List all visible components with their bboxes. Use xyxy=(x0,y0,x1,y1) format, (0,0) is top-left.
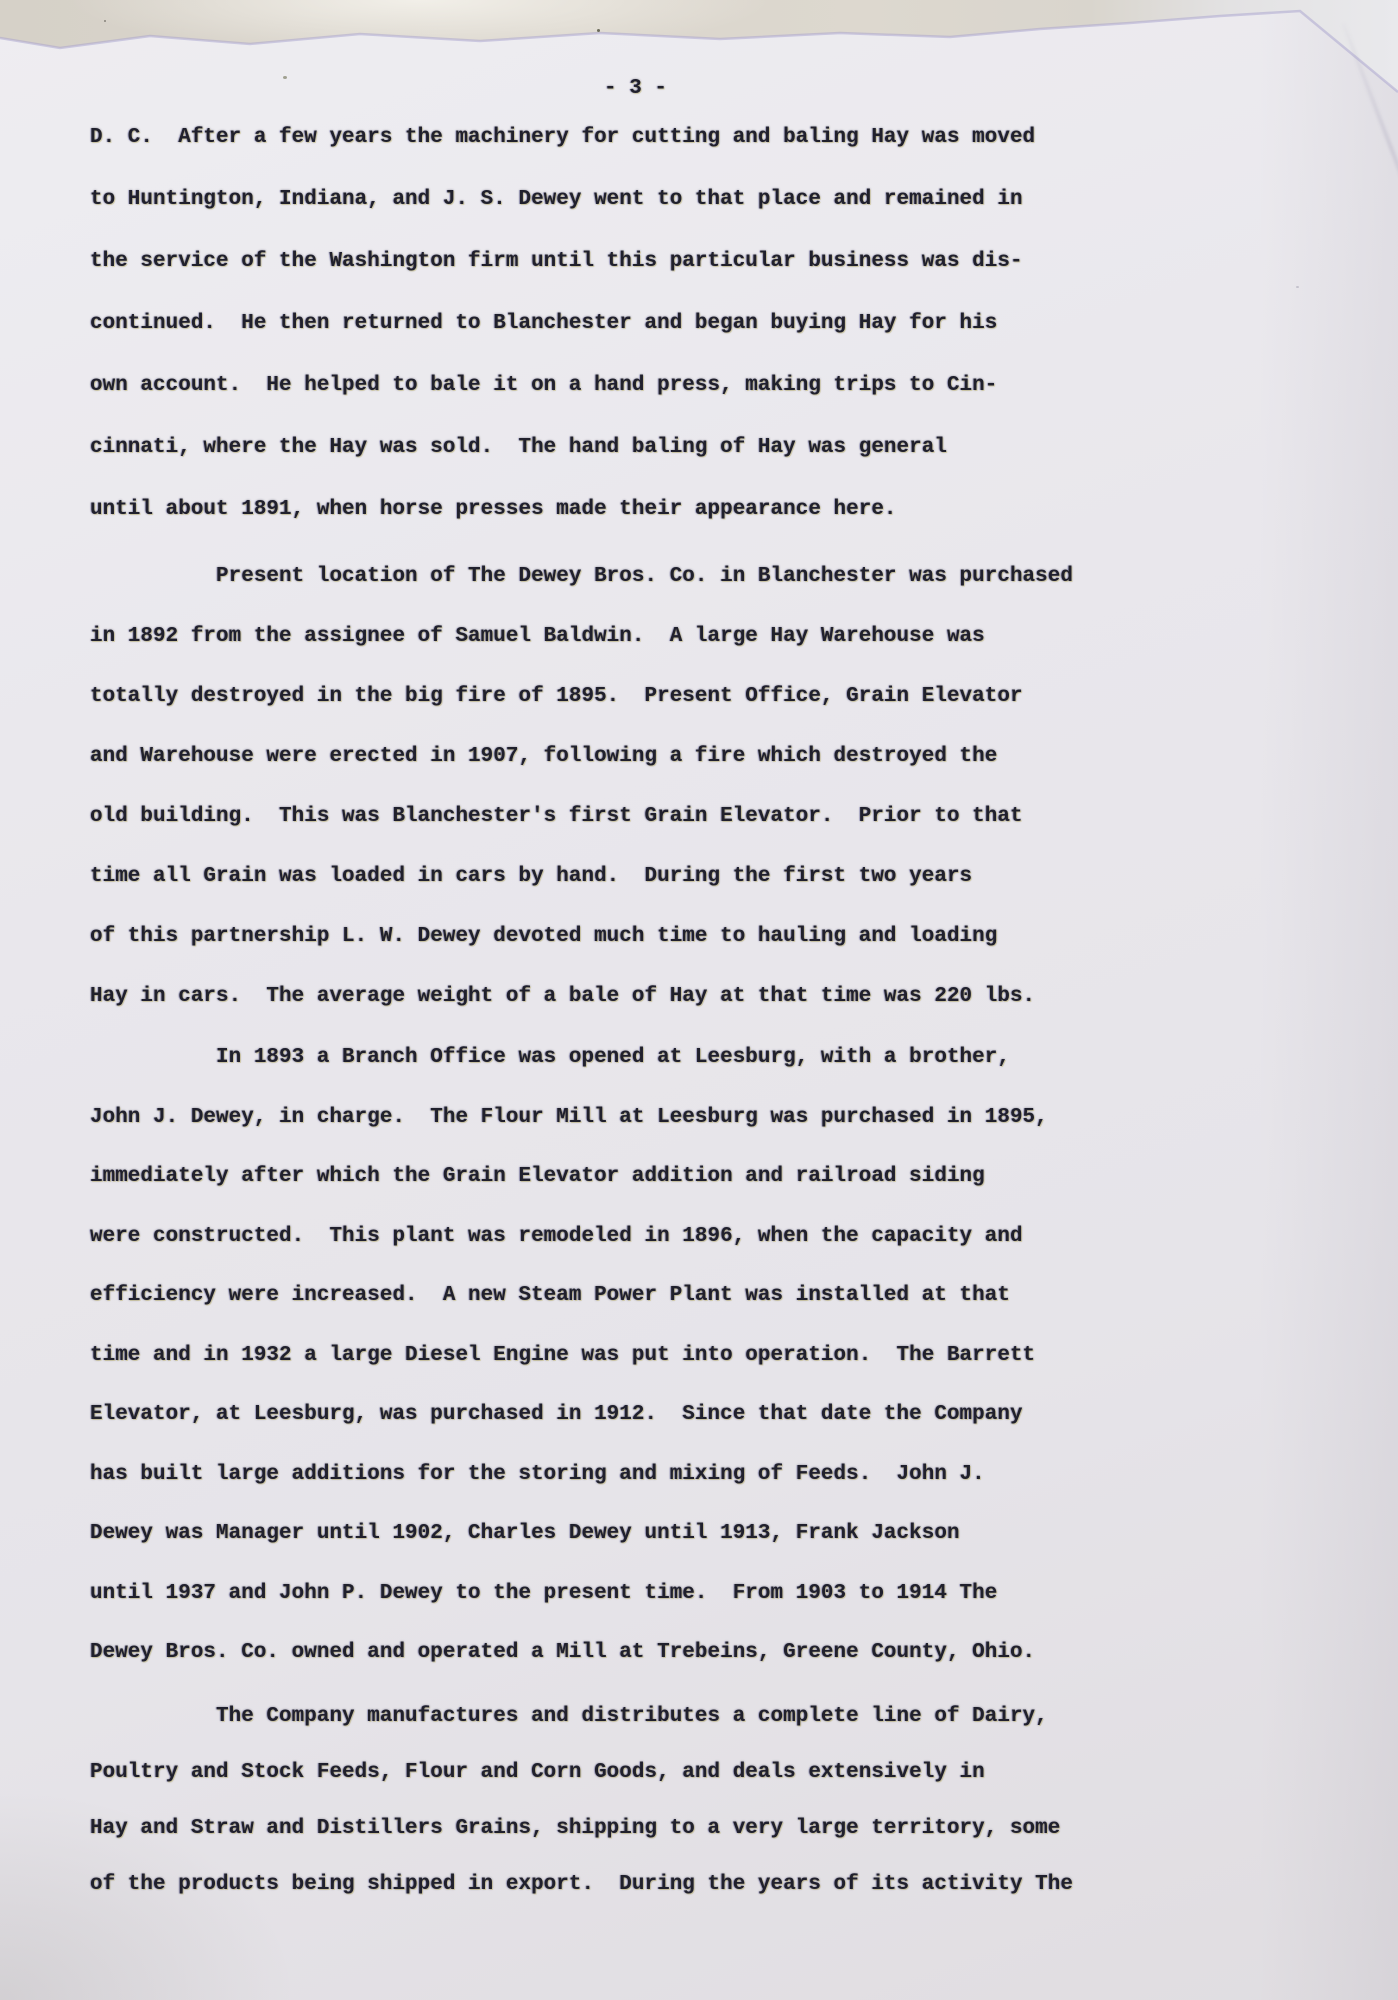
text-line: totally destroyed in the big fire of 189… xyxy=(90,667,1073,727)
text-line: cinnati, where the Hay was sold. The han… xyxy=(90,417,1035,479)
text-line: were constructed. This plant was remodel… xyxy=(90,1207,1048,1267)
text-line: Hay and Straw and Distillers Grains, shi… xyxy=(90,1801,1073,1857)
text-line: Poultry and Stock Feeds, Flour and Corn … xyxy=(90,1745,1073,1801)
paragraph-company-products: The Company manufactures and distributes… xyxy=(90,1689,1073,1913)
text-line: and Warehouse were erected in 1907, foll… xyxy=(90,727,1073,787)
document-page: - 3 - D. C. After a few years the machin… xyxy=(0,0,1398,2000)
text-line: John J. Dewey, in charge. The Flour Mill… xyxy=(90,1088,1048,1148)
text-line: of this partnership L. W. Dewey devoted … xyxy=(90,907,1073,967)
text-line: until about 1891, when horse presses mad… xyxy=(90,479,1035,541)
text-line: In 1893 a Branch Office was opened at Le… xyxy=(90,1028,1048,1088)
text-line: Elevator, at Leesburg, was purchased in … xyxy=(90,1385,1048,1445)
text-line: efficiency were increased. A new Steam P… xyxy=(90,1266,1048,1326)
text-line: Dewey Bros. Co. owned and operated a Mil… xyxy=(90,1623,1048,1683)
text-line: D. C. After a few years the machinery fo… xyxy=(90,107,1035,169)
text-line: in 1892 from the assignee of Samuel Bald… xyxy=(90,607,1073,667)
scanned-document: - 3 - D. C. After a few years the machin… xyxy=(0,0,1398,2000)
text-line: time and in 1932 a large Diesel Engine w… xyxy=(90,1326,1048,1386)
text-line: Present location of The Dewey Bros. Co. … xyxy=(90,547,1073,607)
text-line: Hay in cars. The average weight of a bal… xyxy=(90,967,1073,1027)
text-line: has built large additions for the storin… xyxy=(90,1445,1048,1505)
text-line: continued. He then returned to Blanchest… xyxy=(90,293,1035,355)
text-line: to Huntington, Indiana, and J. S. Dewey … xyxy=(90,169,1035,231)
paragraph-present-location: Present location of The Dewey Bros. Co. … xyxy=(90,547,1073,1027)
text-line: of the products being shipped in export.… xyxy=(90,1857,1073,1913)
text-line: old building. This was Blanchester's fir… xyxy=(90,787,1073,847)
paragraph-leesburg-branch: In 1893 a Branch Office was opened at Le… xyxy=(90,1028,1048,1683)
text-line: own account. He helped to bale it on a h… xyxy=(90,355,1035,417)
text-line: the service of the Washington firm until… xyxy=(90,231,1035,293)
text-line: The Company manufactures and distributes… xyxy=(90,1689,1073,1745)
text-line: time all Grain was loaded in cars by han… xyxy=(90,847,1073,907)
text-line: until 1937 and John P. Dewey to the pres… xyxy=(90,1564,1048,1624)
paragraph-hay-business: D. C. After a few years the machinery fo… xyxy=(90,107,1035,541)
page-number: - 3 - xyxy=(604,74,667,104)
text-line: immediately after which the Grain Elevat… xyxy=(90,1147,1048,1207)
text-line: Dewey was Manager until 1902, Charles De… xyxy=(90,1504,1048,1564)
